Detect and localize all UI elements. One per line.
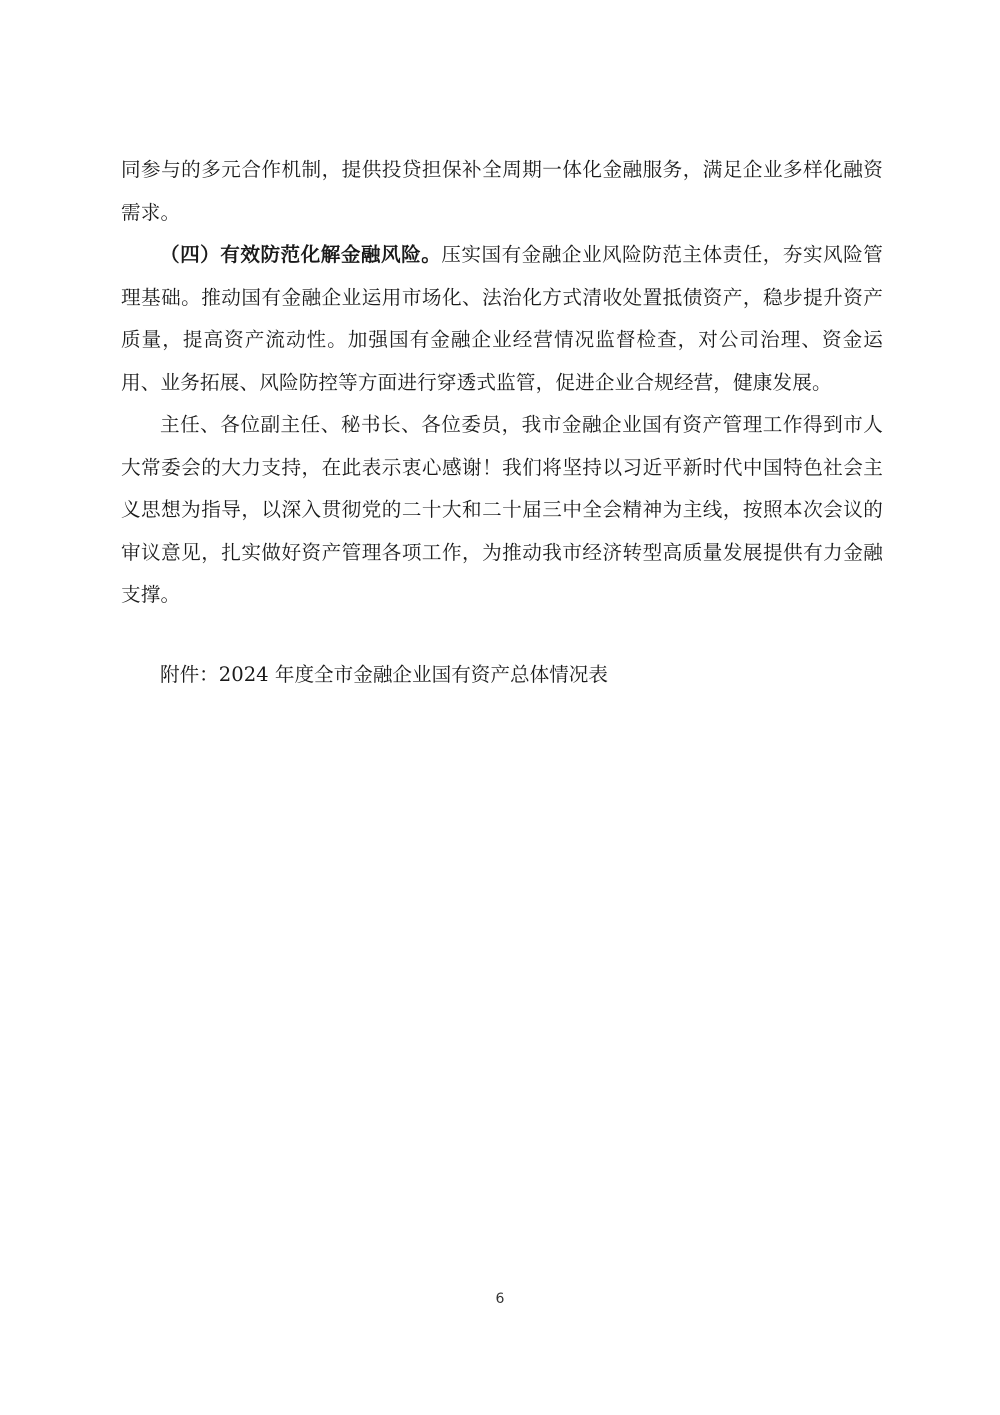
paragraph-closing: 主任、各位副主任、秘书长、各位委员，我市金融企业国有资产管理工作得到市人大常委会… — [121, 404, 883, 617]
attachment-note: 附件：2024 年度全市金融企业国有资产总体情况表 — [160, 654, 608, 696]
paragraph-text: 同参与的多元合作机制，提供投贷担保补全周期一体化金融服务，满足企业多样化融资需求… — [121, 158, 883, 224]
paragraph-continuation: 同参与的多元合作机制，提供投贷担保补全周期一体化金融服务，满足企业多样化融资需求… — [121, 149, 883, 234]
paragraph-text: 主任、各位副主任、秘书长、各位委员，我市金融企业国有资产管理工作得到市人大常委会… — [121, 413, 883, 606]
page-number: 6 — [0, 1291, 1000, 1307]
document-page: 同参与的多元合作机制，提供投贷担保补全周期一体化金融服务，满足企业多样化融资需求… — [0, 0, 1000, 1415]
section-heading: （四）有效防范化解金融风险。 — [160, 243, 441, 266]
paragraph-section-4: （四）有效防范化解金融风险。压实国有金融企业风险防范主体责任，夯实风险管理基础。… — [121, 234, 883, 404]
body-text: 同参与的多元合作机制，提供投贷担保补全周期一体化金融服务，满足企业多样化融资需求… — [121, 149, 883, 617]
